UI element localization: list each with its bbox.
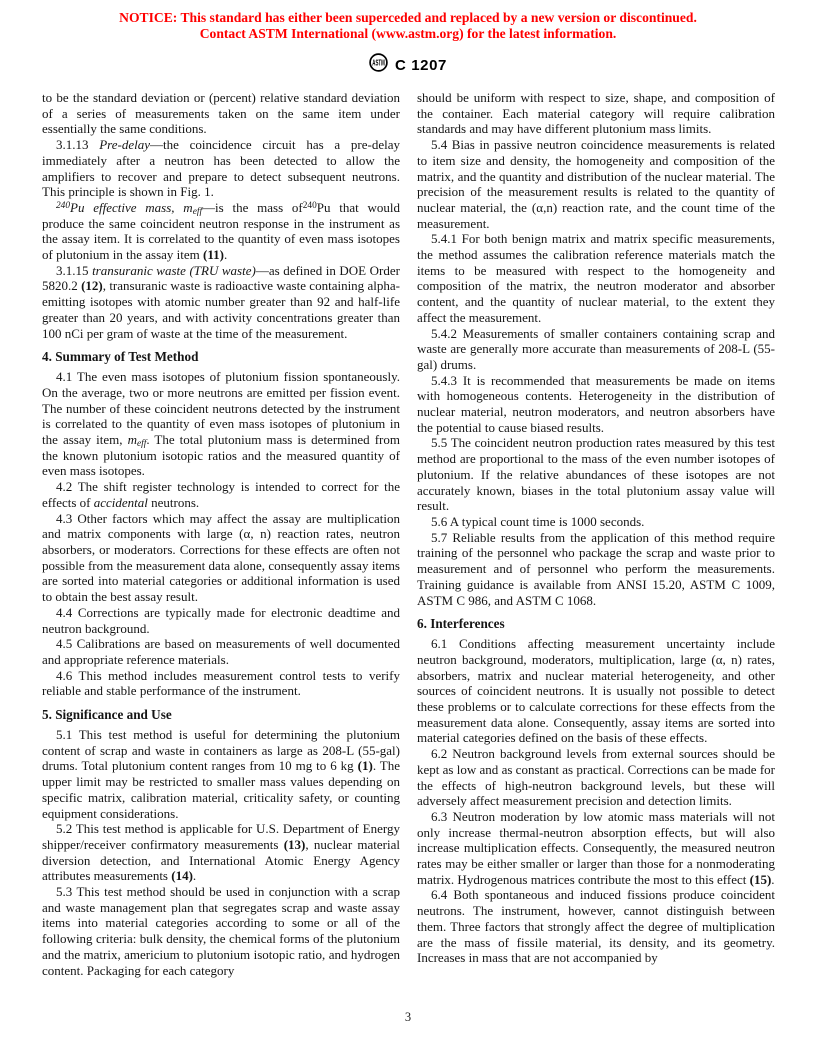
text-run: 6.3 Neutron moderation by low atomic mas… [417,809,775,887]
text-run: Pu effective mass, m [70,200,193,215]
notice-line-1: NOTICE: This standard has either been su… [0,10,816,26]
text-run: accidental [94,495,148,510]
section-heading: 6. Interferences [417,616,775,632]
text-run: 4.5 Calibrations are based on measuremen… [42,636,400,667]
text-run: 5.1 This test method is useful for deter… [42,727,400,773]
paragraph: 6.3 Neutron moderation by low atomic mas… [417,809,775,888]
text-run: 5.6 A typical count time is 1000 seconds… [431,514,644,529]
text-run: 4.3 Other factors which may affect the a… [42,511,400,605]
text-run: 3.1.13 [56,137,99,152]
section-heading: 4. Summary of Test Method [42,349,400,365]
text-run: . [771,872,774,887]
paragraph: 4.1 The even mass isotopes of plutonium … [42,369,400,479]
text-run: . [224,247,227,262]
paragraph: 5.5 The coincident neutron production ra… [417,435,775,514]
paragraph: 5.3 This test method should be used in c… [42,884,400,978]
text-run: should be uniform with respect to size, … [417,90,775,136]
text-run: 4.4 Corrections are typically made for e… [42,605,400,636]
text-run: (1) [358,758,373,773]
paragraph: 5.4.3 It is recommended that measurement… [417,373,775,436]
text-run: m [128,432,137,447]
paragraph: 3.1.13 Pre-delay—the coincidence circuit… [42,137,400,200]
paragraph: 4.6 This method includes measurement con… [42,668,400,699]
left-column: to be the standard deviation or (percent… [42,90,400,978]
text-run: Pre-delay [99,137,150,152]
text-run: 6.2 Neutron background levels from exter… [417,746,775,808]
discontinued-notice: NOTICE: This standard has either been su… [0,10,816,42]
text-run: (14) [171,868,193,883]
text-run: 4.6 This method includes measurement con… [42,668,400,699]
text-run: 240 [303,201,317,211]
page-number: 3 [0,1010,816,1025]
paragraph: 6.4 Both spontaneous and induced fission… [417,887,775,966]
text-run: 5.4.1 For both benign matrix and matrix … [417,231,775,325]
text-run: 5.5 The coincident neutron production ra… [417,435,775,513]
text-run: 5.7 Reliable results from the applicatio… [417,530,775,608]
paragraph: 5.4 Bias in passive neutron coincidence … [417,137,775,231]
standard-designation: C 1207 [395,57,447,74]
text-run: 5.4.2 Measurements of smaller containers… [417,326,775,372]
text-run: (12) [81,278,103,293]
paragraph: 3.1.15 transuranic waste (TRU waste)—as … [42,263,400,342]
text-run: to be the standard deviation or (percent… [42,90,400,136]
astm-logo-icon: ASTM [369,53,388,77]
notice-line-2: Contact ASTM International (www.astm.org… [0,26,816,42]
text-run: transuranic waste (TRU waste) [92,263,256,278]
right-column: should be uniform with respect to size, … [417,90,775,978]
paragraph: 5.6 A typical count time is 1000 seconds… [417,514,775,530]
paragraph: 5.4.1 For both benign matrix and matrix … [417,231,775,325]
section-heading: 5. Significance and Use [42,707,400,723]
text-run: 6.4 Both spontaneous and induced fission… [417,887,775,965]
paragraph: 4.3 Other factors which may affect the a… [42,511,400,605]
svg-text:ASTM: ASTM [372,59,385,68]
text-run: (11) [203,247,224,262]
text-run: (13) [284,837,306,852]
paragraph: 5.4.2 Measurements of smaller containers… [417,326,775,373]
document-page: NOTICE: This standard has either been su… [0,0,816,1056]
paragraph: 5.2 This test method is applicable for U… [42,821,400,884]
text-run: 6.1 Conditions affecting measurement unc… [417,636,775,745]
text-run: 5.4.3 It is recommended that measurement… [417,373,775,435]
paragraph: 4.4 Corrections are typically made for e… [42,605,400,636]
paragraph: 4.2 The shift register technology is int… [42,479,400,510]
text-run: 3.1.15 [56,263,92,278]
text-run: 5.4 Bias in passive neutron coincidence … [417,137,775,231]
paragraph: 6.2 Neutron background levels from exter… [417,746,775,809]
text-run: 240 [56,201,70,211]
paragraph: 4.5 Calibrations are based on measuremen… [42,636,400,667]
paragraph: 240Pu effective mass, meff—is the mass o… [42,200,400,263]
paragraph: 5.1 This test method is useful for deter… [42,727,400,821]
text-run: neutrons. [148,495,199,510]
document-header: ASTM C 1207 [0,53,816,77]
paragraph: should be uniform with respect to size, … [417,90,775,137]
two-column-body: to be the standard deviation or (percent… [0,90,816,978]
paragraph: 5.7 Reliable results from the applicatio… [417,530,775,609]
text-run: —is the mass of [202,200,303,215]
paragraph: to be the standard deviation or (percent… [42,90,400,137]
paragraph: 6.1 Conditions affecting measurement unc… [417,636,775,746]
text-run: . [193,868,196,883]
text-run: (15) [750,872,772,887]
text-run: 5.3 This test method should be used in c… [42,884,400,978]
